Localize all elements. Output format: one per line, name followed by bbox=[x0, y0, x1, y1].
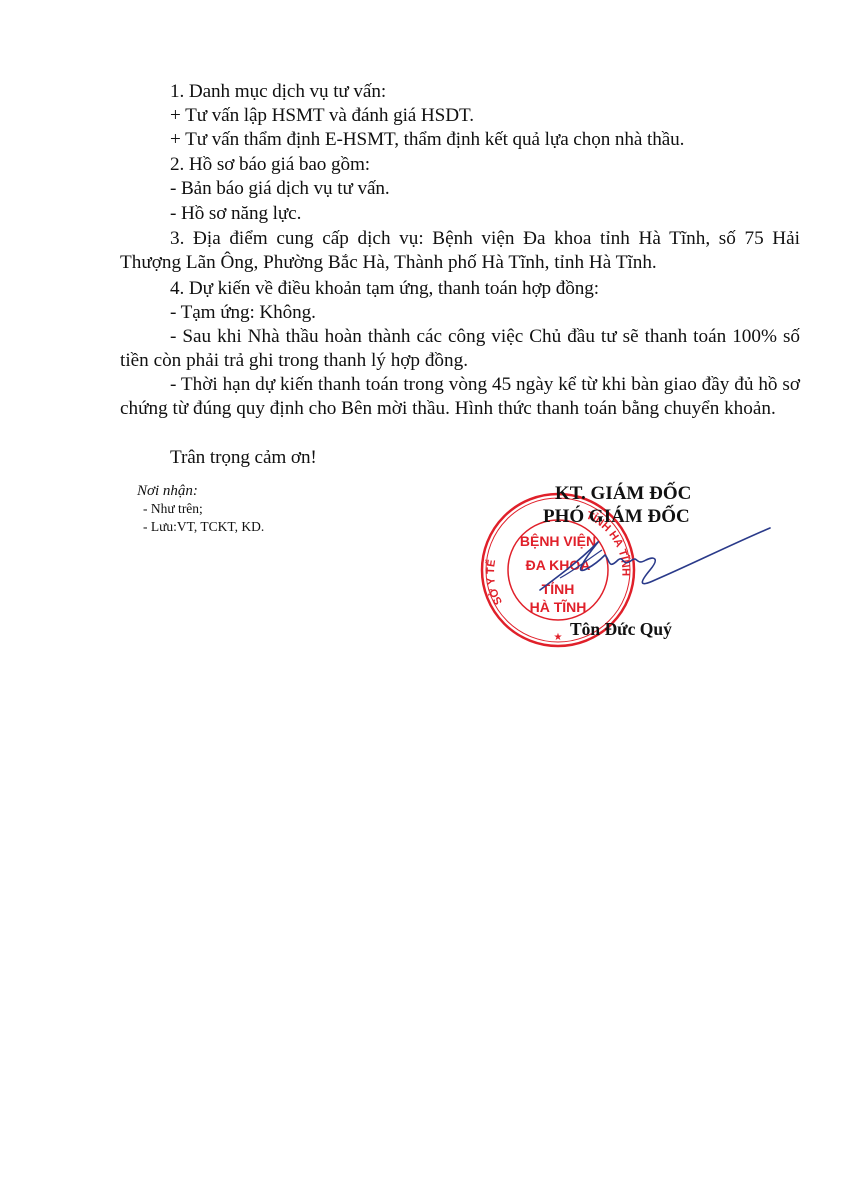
signature-title-1: KT. GIÁM ĐỐC bbox=[555, 482, 691, 506]
closing-text: Trân trọng cảm ơn! bbox=[170, 446, 317, 470]
section-3-location: 3. Địa điểm cung cấp dịch vụ: Bệnh viện … bbox=[120, 227, 800, 275]
dossier-item-1: - Bản báo giá dịch vụ tư vấn. bbox=[170, 177, 390, 201]
dossier-item-2: - Hồ sơ năng lực. bbox=[170, 202, 301, 226]
recipient-item: - Như trên; bbox=[137, 500, 264, 518]
payment-term: - Thời hạn dự kiến thanh toán trong vòng… bbox=[120, 373, 800, 421]
handwritten-signature-icon bbox=[520, 520, 780, 610]
section-2-heading: 2. Hồ sơ báo giá bao gồm: bbox=[170, 153, 370, 177]
service-item-1: + Tư vấn lập HSMT và đánh giá HSDT. bbox=[170, 104, 474, 128]
service-item-2: + Tư vấn thẩm định E-HSMT, thẩm định kết… bbox=[170, 128, 684, 152]
document-page: 1. Danh mục dịch vụ tư vấn: + Tư vấn lập… bbox=[0, 0, 849, 1200]
section-1-heading: 1. Danh mục dịch vụ tư vấn: bbox=[170, 80, 386, 104]
advance-payment: - Tạm ứng: Không. bbox=[170, 301, 316, 325]
recipients-title: Nơi nhận: bbox=[137, 482, 264, 500]
signer-name: Tôn Đức Quý bbox=[570, 617, 672, 641]
payment-full: - Sau khi Nhà thầu hoàn thành các công v… bbox=[120, 325, 800, 373]
recipients-block: Nơi nhận: - Như trên; - Lưu:VT, TCKT, KD… bbox=[137, 482, 264, 536]
svg-text:★: ★ bbox=[554, 632, 563, 643]
section-4-heading: 4. Dự kiến về điều khoản tạm ứng, thanh … bbox=[170, 277, 599, 301]
recipient-item: - Lưu:VT, TCKT, KD. bbox=[137, 518, 264, 536]
